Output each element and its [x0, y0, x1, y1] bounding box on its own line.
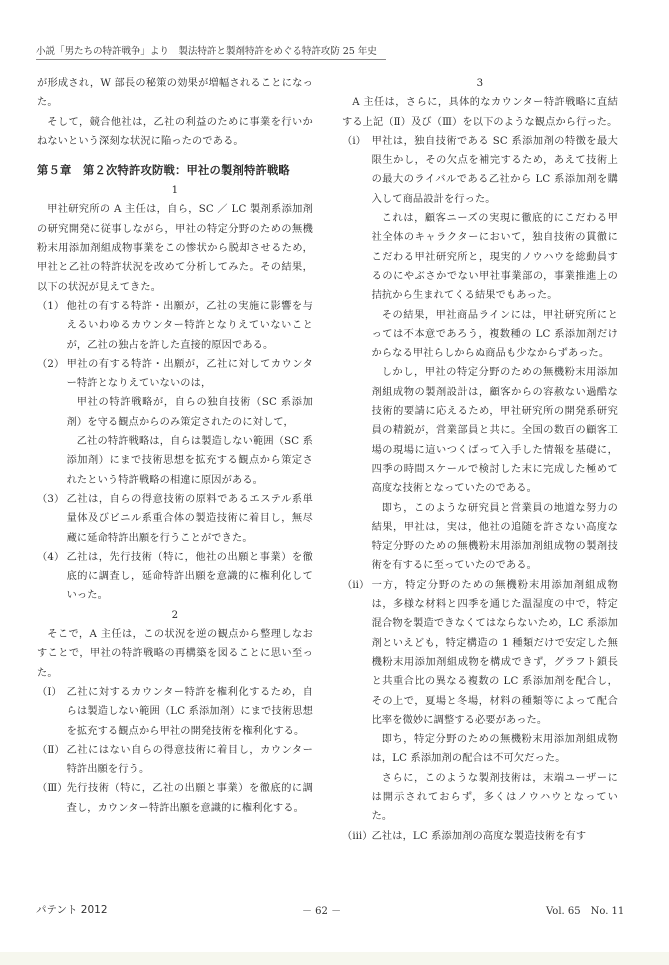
- body-paragraph: そこで，A 主任は，この状況を逆の観点から整理しなおすことで，甲社の特許戦略の再…: [37, 625, 313, 683]
- list-item-text: 乙社は，自らの得意技術の原料であるエステル系単量体及びビニル系重合体の製造技術に…: [67, 490, 313, 548]
- list-item-text: 乙社にはない自らの得意技術に着目し，カウンター特許出願を行う。: [67, 741, 313, 780]
- list-item-text: 一方，特定分野のための無機粉末用添加剤組成物は，多様な材料と四季を通じた温湿度の…: [372, 576, 618, 730]
- chapter-title: 第５章 第２次特許攻防戦：甲社の製剤特許戦略: [37, 161, 313, 181]
- list-sub-paragraph: その結果，甲社商品ラインには，甲社研究所にとっては不本意であろう，複数種の LC…: [342, 306, 618, 364]
- section-number-1: 1: [37, 181, 313, 200]
- list-item-iii: （ⅲ） 乙社は，LC 系添加剤の高度な製造技術を有す: [342, 827, 618, 846]
- page-number: － 62 －: [302, 902, 341, 917]
- page-bottom-strip: [0, 952, 669, 965]
- list-item-I: （Ⅰ） 乙社に対するカウンター特許を権利化するため，自らは製造しない範囲（LC …: [37, 683, 313, 741]
- list-marker: （3）: [37, 490, 67, 509]
- list-item-III: （Ⅲ） 先行技術（特に，乙社の出願と事業）を徹底的に調査し，カウンター特許出願を…: [37, 779, 313, 818]
- list-item-i: （ⅰ） 甲社は，独自技術である SC 系添加剤の特徴を最大限生かし，その欠点を補…: [342, 132, 618, 209]
- running-header: 小説「男たちの特許戦争」より 製法特許と製剤特許をめぐる特許攻防 25 年史: [36, 46, 386, 60]
- list-marker: （4）: [37, 548, 67, 567]
- list-marker: （Ⅰ）: [37, 683, 67, 702]
- journal-name: パテント 2012: [36, 902, 108, 917]
- continuation-paragraph: が形成され，W 部長の秘策の効果が増幅されることになった。: [37, 74, 313, 113]
- list-item-4: （4） 乙社は，先行技術（特に，他社の出願と事業）を徹底的に調査し，延命特許出願…: [37, 548, 313, 606]
- list-item-2: （2） 甲社の有する特許・出願が，乙社に対してカウンター特許となりえていないのは…: [37, 355, 313, 394]
- body-paragraph: 甲社研究所の A 主任は，自ら，SC ／ LC 製剤系添加剤の研究開発に従事しな…: [37, 200, 313, 296]
- list-item-II: （Ⅱ） 乙社にはない自らの得意技術に着目し，カウンター特許出願を行う。: [37, 741, 313, 780]
- body-paragraph: A 主任は，さらに，具体的なカウンター特許戦略に直結する上記（Ⅱ）及び（Ⅲ）を以…: [342, 93, 618, 132]
- list-sub-paragraph: さらに，このような製剤技術は，末端ユーザーには開示されておらず，多くはノウハウと…: [342, 769, 618, 827]
- list-marker: （ⅱ）: [342, 576, 372, 595]
- list-marker: （ⅲ）: [342, 827, 372, 846]
- section-number-2: 2: [37, 606, 313, 625]
- list-marker: （2）: [37, 355, 67, 374]
- list-marker: （ⅰ）: [342, 132, 372, 151]
- list-sub-paragraph: 即ち，このような研究員と営業員の地道な努力の結果，甲社は，実は，他社の追随を許さ…: [342, 499, 618, 576]
- list-item-text: 甲社は，独自技術である SC 系添加剤の特徴を最大限生かし，その欠点を補完するた…: [372, 132, 618, 209]
- list-item-text: 他社の有する特許・出願が，乙社の実施に影響を与えるいわゆるカウンター特許となりえ…: [67, 297, 313, 355]
- list-item-text: 甲社の有する特許・出願が，乙社に対してカウンター特許となりえていないのは，: [67, 355, 313, 394]
- list-sub-paragraph: 乙社の特許戦略は，自らは製造しない範囲（SC 系添加剤）にまで技術思想を拡充する…: [37, 432, 313, 490]
- list-item-3: （3） 乙社は，自らの得意技術の原料であるエステル系単量体及びビニル系重合体の製…: [37, 490, 313, 548]
- list-item-1: （1） 他社の有する特許・出願が，乙社の実施に影響を与えるいわゆるカウンター特許…: [37, 297, 313, 355]
- list-item-text: 乙社は，先行技術（特に，他社の出願と事業）を徹底的に調査し，延命特許出願を意識的…: [67, 548, 313, 606]
- list-sub-paragraph: これは，顧客ニーズの実現に徹底的にこだわる甲社全体のキャラクターにおいて，独自技…: [342, 209, 618, 305]
- list-sub-paragraph: 即ち，特定分野のための無機粉末用添加剤組成物は，LC 系添加剤の配合は不可欠だっ…: [342, 730, 618, 769]
- list-item-ii: （ⅱ） 一方，特定分野のための無機粉末用添加剤組成物は，多様な材料と四季を通じた…: [342, 576, 618, 730]
- list-marker: （Ⅲ）: [37, 779, 67, 798]
- volume-issue: Vol. 65 No. 11: [546, 902, 624, 917]
- list-marker: （Ⅱ）: [37, 741, 67, 760]
- section-number-3: 3: [342, 74, 618, 93]
- body-paragraph: そして，競合他社は，乙社の利益のために事業を行いかねないという深刻な状況に陥った…: [37, 113, 313, 152]
- list-item-text: 先行技術（特に，乙社の出願と事業）を徹底的に調査し，カウンター特許出願を意識的に…: [67, 779, 313, 818]
- right-column: 3 A 主任は，さらに，具体的なカウンター特許戦略に直結する上記（Ⅱ）及び（Ⅲ）…: [342, 74, 618, 846]
- list-marker: （1）: [37, 297, 67, 316]
- left-column: が形成され，W 部長の秘策の効果が増幅されることになった。 そして，競合他社は，…: [37, 74, 313, 818]
- list-sub-paragraph: しかし，甲社の特定分野のための無機粉末用添加剤組成物の製剤設計は，顧客からの容赦…: [342, 363, 618, 498]
- list-sub-paragraph: 甲社の特許戦略が，自らの独自技術（SC 系添加剤）を守る観点からのみ策定されたの…: [37, 393, 313, 432]
- list-item-text: 乙社は，LC 系添加剤の高度な製造技術を有す: [372, 827, 618, 846]
- list-item-text: 乙社に対するカウンター特許を権利化するため，自らは製造しない範囲（LC 系添加剤…: [67, 683, 313, 741]
